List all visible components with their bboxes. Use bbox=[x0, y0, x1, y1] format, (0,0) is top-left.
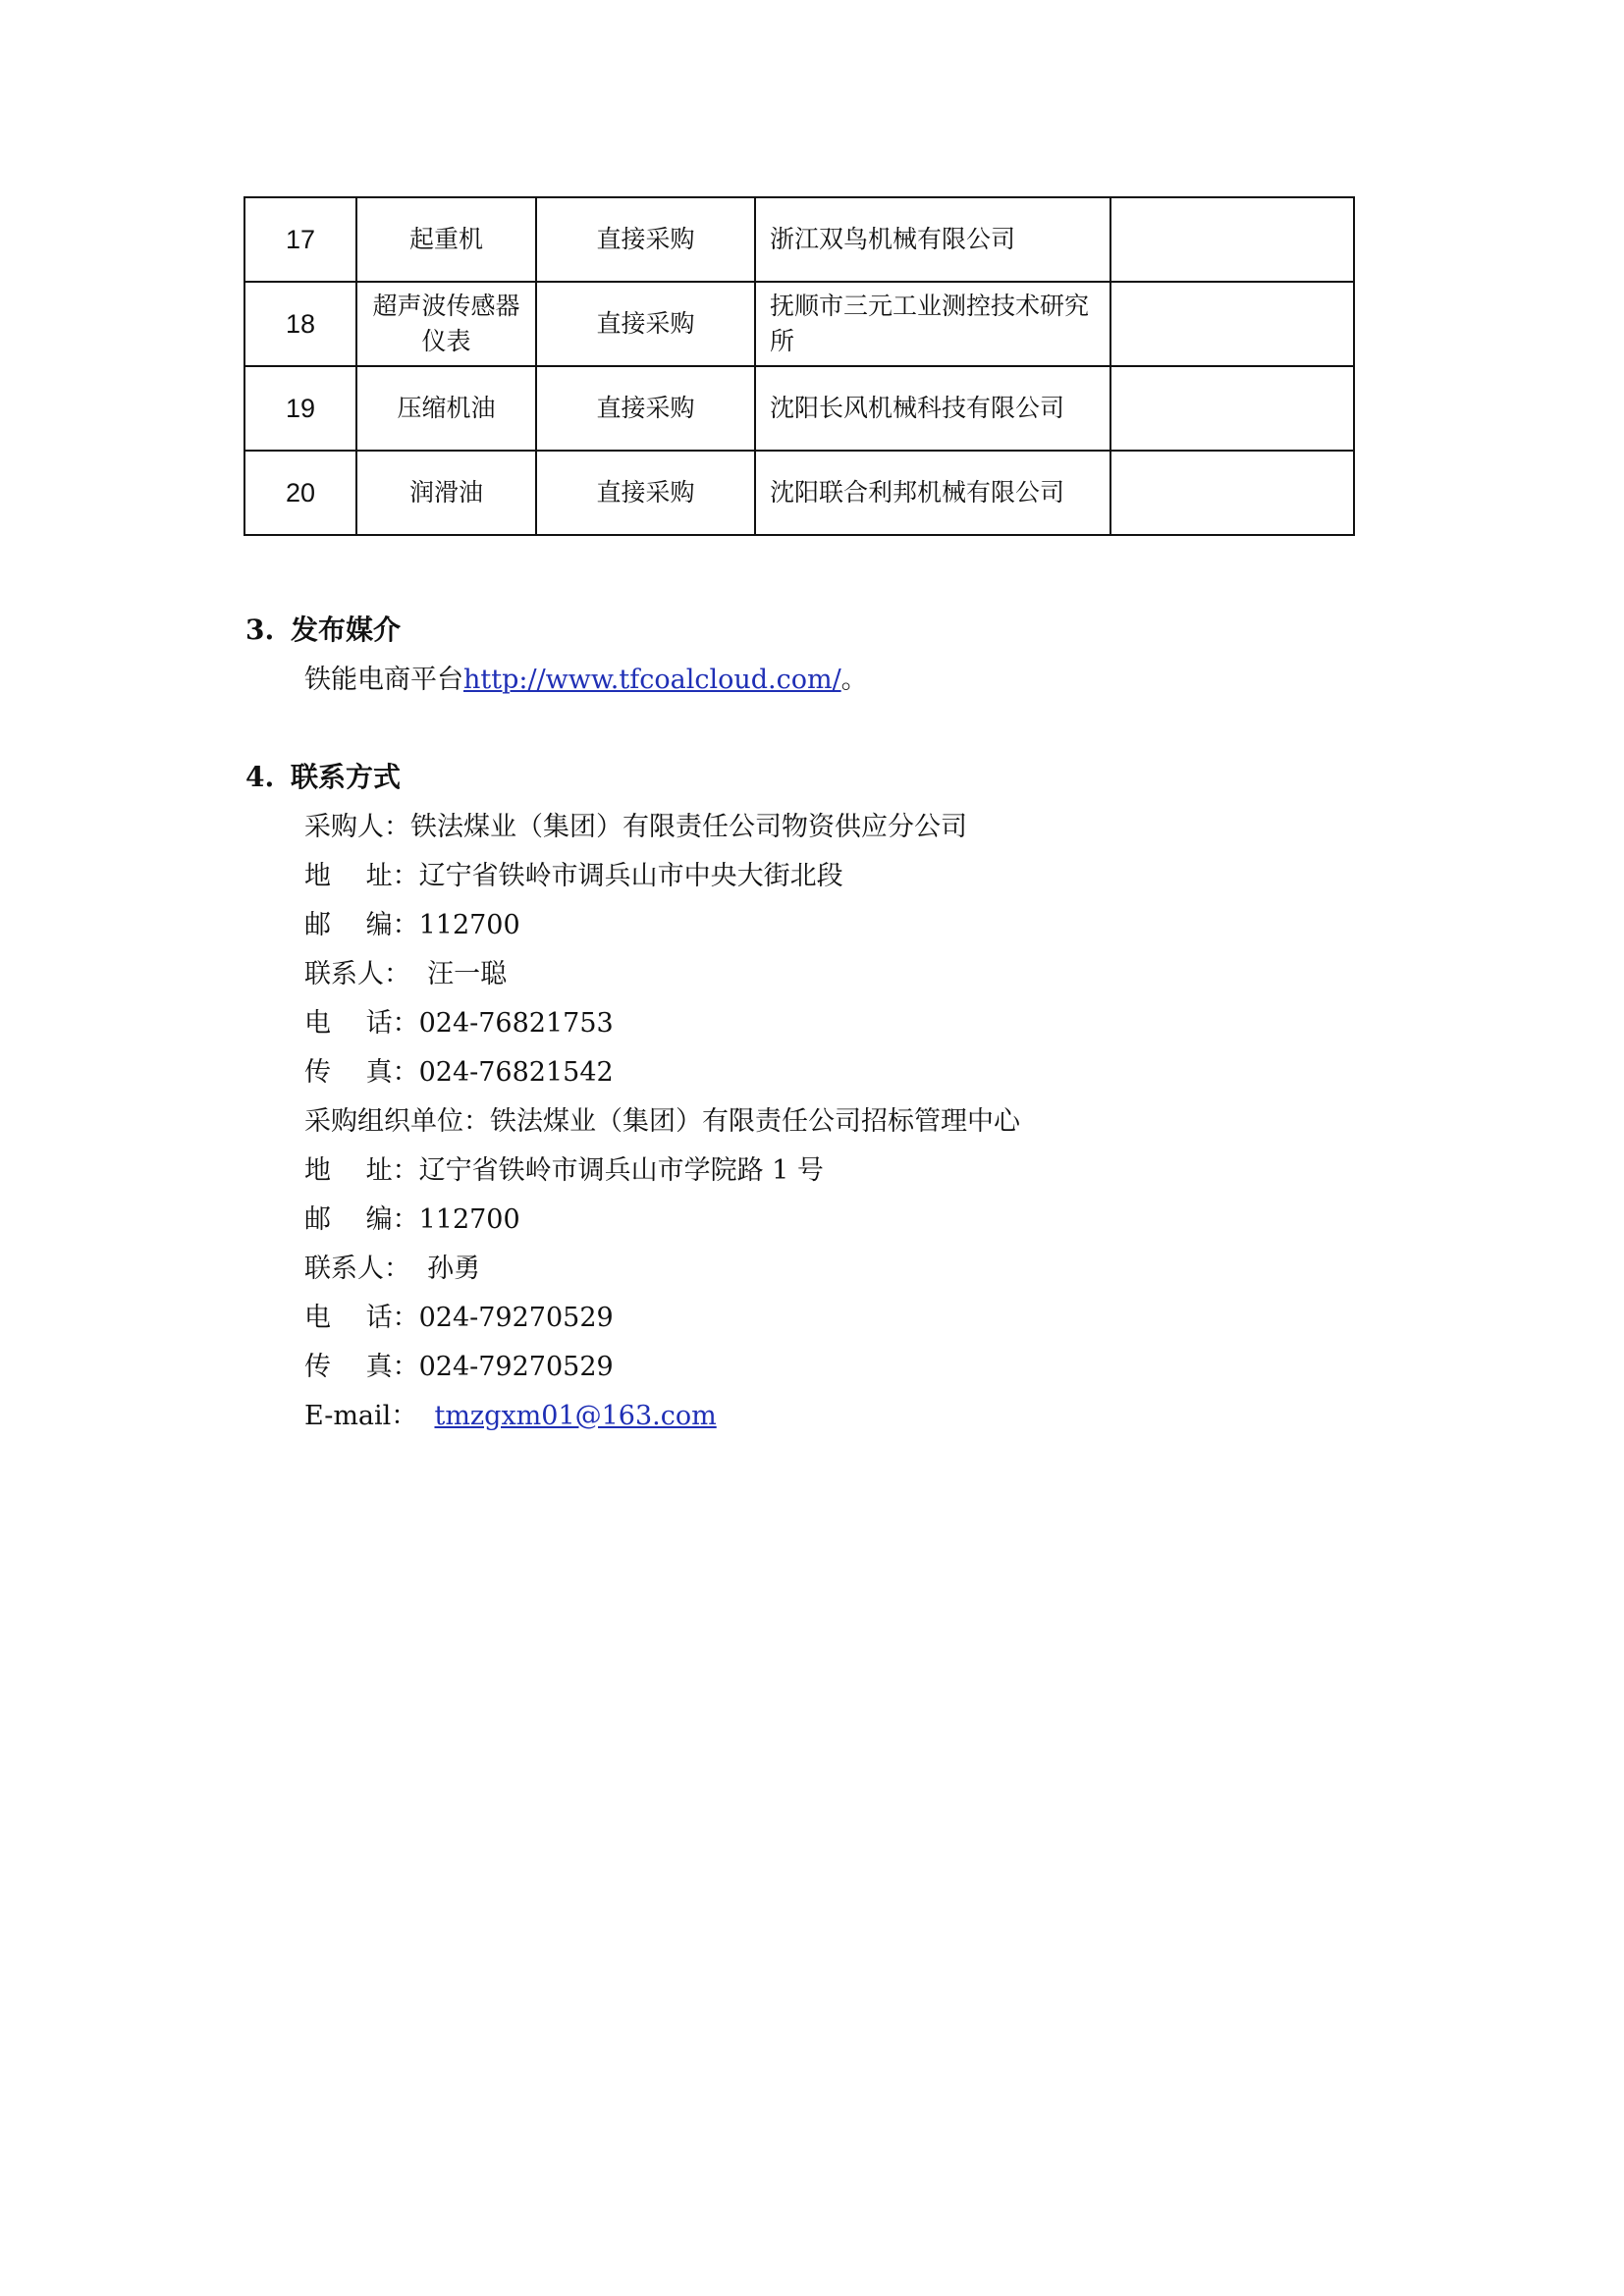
row-number: 20 bbox=[244, 451, 356, 535]
vendor-name: 沈阳长风机械科技有限公司 bbox=[755, 366, 1110, 451]
section-title: 发布媒介 bbox=[291, 614, 401, 646]
label: 采购人： bbox=[304, 812, 410, 842]
label: 地 址： bbox=[304, 861, 419, 891]
label: E-mail： bbox=[304, 1401, 417, 1431]
organizer-phone-line: 电 话：024-79270529 bbox=[304, 1296, 614, 1334]
label: 传 真： bbox=[304, 1352, 419, 1382]
note-cell bbox=[1110, 282, 1354, 366]
label: 联系人： bbox=[304, 959, 410, 989]
value: 112700 bbox=[419, 1204, 520, 1235]
label: 电 话： bbox=[304, 1303, 419, 1333]
purchaser-address-line: 地 址：辽宁省铁岭市调兵山市中央大街北段 bbox=[304, 854, 843, 892]
value: 024-79270529 bbox=[419, 1303, 614, 1333]
section-number: 3. bbox=[245, 614, 291, 646]
label: 邮 编： bbox=[304, 910, 419, 940]
organizer-contact-line: 联系人： 孙勇 bbox=[304, 1247, 480, 1285]
vendor-name: 浙江双鸟机械有限公司 bbox=[755, 197, 1110, 282]
organizer-zip-line: 邮 编：112700 bbox=[304, 1198, 520, 1236]
value: 112700 bbox=[419, 910, 520, 940]
procurement-method: 直接采购 bbox=[536, 366, 755, 451]
label: 采购组织单位： bbox=[304, 1106, 490, 1137]
value: 孙勇 bbox=[410, 1254, 480, 1284]
table-row: 18 超声波传感器仪表 直接采购 抚顺市三元工业测控技术研究所 bbox=[244, 282, 1354, 366]
purchaser-fax-line: 传 真：024-76821542 bbox=[304, 1050, 614, 1089]
table-row: 20 润滑油 直接采购 沈阳联合利邦机械有限公司 bbox=[244, 451, 1354, 535]
purchaser-phone-line: 电 话：024-76821753 bbox=[304, 1001, 614, 1040]
procurement-method: 直接采购 bbox=[536, 282, 755, 366]
item-name: 超声波传感器仪表 bbox=[356, 282, 536, 366]
value: 024-76821753 bbox=[419, 1008, 614, 1039]
procurement-method: 直接采购 bbox=[536, 197, 755, 282]
purchaser-zip-line: 邮 编：112700 bbox=[304, 903, 520, 941]
platform-url-link[interactable]: http://www.tfcoalcloud.com/ bbox=[463, 665, 841, 695]
vendor-name: 沈阳联合利邦机械有限公司 bbox=[755, 451, 1110, 535]
value: 铁法煤业（集团）有限责任公司物资供应分公司 bbox=[410, 812, 967, 842]
label: 地 址： bbox=[304, 1155, 419, 1186]
organizer-address-line: 地 址：辽宁省铁岭市调兵山市学院路 1 号 bbox=[304, 1148, 824, 1187]
value: 铁法煤业（集团）有限责任公司招标管理中心 bbox=[490, 1106, 1020, 1137]
label: 电 话： bbox=[304, 1008, 419, 1039]
item-name: 起重机 bbox=[356, 197, 536, 282]
item-name: 润滑油 bbox=[356, 451, 536, 535]
value: 辽宁省铁岭市调兵山市中央大街北段 bbox=[419, 861, 843, 891]
row-number: 18 bbox=[244, 282, 356, 366]
label: 邮 编： bbox=[304, 1204, 419, 1235]
organizer-line: 采购组织单位：铁法煤业（集团）有限责任公司招标管理中心 bbox=[304, 1099, 1020, 1138]
row-number: 17 bbox=[244, 197, 356, 282]
section-4-heading: 4.联系方式 bbox=[245, 756, 401, 795]
platform-name: 铁能电商平台 bbox=[304, 665, 463, 695]
item-name-line1: 超声波传感器 bbox=[372, 292, 519, 320]
section-3-heading: 3.发布媒介 bbox=[245, 609, 401, 648]
period: 。 bbox=[841, 665, 868, 695]
section-title: 联系方式 bbox=[291, 761, 401, 793]
section-number: 4. bbox=[245, 761, 291, 793]
organizer-fax-line: 传 真：024-79270529 bbox=[304, 1345, 614, 1383]
item-name-line2: 仪表 bbox=[421, 327, 470, 355]
label: 传 真： bbox=[304, 1057, 419, 1088]
email-link[interactable]: tmzgxm01@163.com bbox=[434, 1401, 716, 1431]
vendor-name: 抚顺市三元工业测控技术研究所 bbox=[755, 282, 1110, 366]
table-row: 19 压缩机油 直接采购 沈阳长风机械科技有限公司 bbox=[244, 366, 1354, 451]
value: 024-76821542 bbox=[419, 1057, 614, 1088]
note-cell bbox=[1110, 451, 1354, 535]
table-row: 17 起重机 直接采购 浙江双鸟机械有限公司 bbox=[244, 197, 1354, 282]
organizer-email-line: E-mail： tmzgxm01@163.com bbox=[304, 1394, 717, 1432]
value: 汪一聪 bbox=[410, 959, 507, 989]
label: 联系人： bbox=[304, 1254, 410, 1284]
purchaser-contact-line: 联系人： 汪一聪 bbox=[304, 952, 507, 990]
publish-media-line: 铁能电商平台http://www.tfcoalcloud.com/。 bbox=[304, 658, 868, 696]
procurement-table: 17 起重机 直接采购 浙江双鸟机械有限公司 18 超声波传感器仪表 直接采购 … bbox=[244, 196, 1355, 536]
value: 024-79270529 bbox=[419, 1352, 614, 1382]
note-cell bbox=[1110, 366, 1354, 451]
row-number: 19 bbox=[244, 366, 356, 451]
item-name: 压缩机油 bbox=[356, 366, 536, 451]
value: 辽宁省铁岭市调兵山市学院路 1 号 bbox=[419, 1155, 824, 1186]
purchaser-line: 采购人：铁法煤业（集团）有限责任公司物资供应分公司 bbox=[304, 805, 967, 843]
note-cell bbox=[1110, 197, 1354, 282]
procurement-method: 直接采购 bbox=[536, 451, 755, 535]
